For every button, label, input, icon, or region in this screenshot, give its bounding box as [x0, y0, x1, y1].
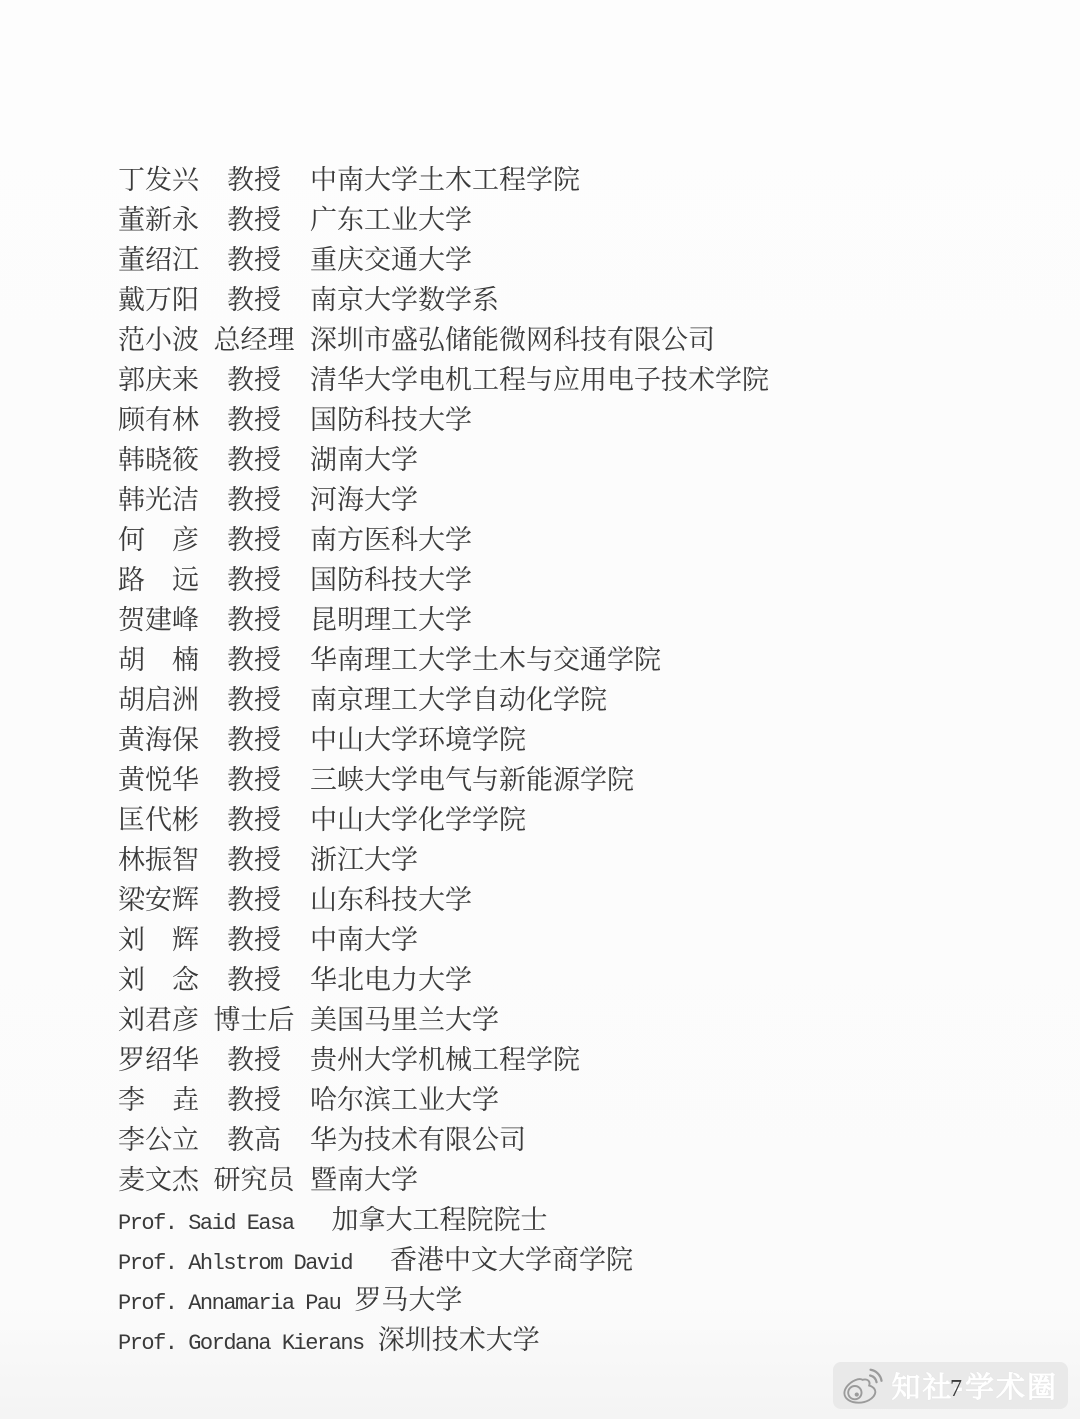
member-name: 胡启洲 [118, 680, 206, 720]
member-affiliation: 中南大学土木工程学院 [310, 160, 580, 200]
member-title: 教授 [206, 520, 302, 560]
member-title: 教授 [206, 640, 302, 680]
member-name: 董新永 [118, 200, 206, 240]
member-name: 匡代彬 [118, 800, 206, 840]
member-row: 李 垚教授哈尔滨工业大学 [118, 1080, 1060, 1120]
member-affiliation: 中山大学环境学院 [310, 720, 526, 760]
member-name: 黄悦华 [118, 760, 206, 800]
member-name: 何 彦 [118, 520, 206, 560]
member-title: 教授 [206, 160, 302, 200]
member-affiliation: 湖南大学 [310, 440, 418, 480]
member-title: 研究员 [206, 1160, 302, 1200]
member-name: 郭庆来 [118, 360, 206, 400]
member-affiliation: 中南大学 [310, 920, 418, 960]
member-name: 路 远 [118, 560, 206, 600]
member-row: 罗绍华教授贵州大学机械工程学院 [118, 1040, 1060, 1080]
member-name: 韩光洁 [118, 480, 206, 520]
international-member-row: Prof. Ahlstrom David香港中文大学商学院 [118, 1240, 1060, 1280]
member-name: Prof. Said Easa [118, 1204, 294, 1244]
member-row: 黄悦华教授三峡大学电气与新能源学院 [118, 760, 1060, 800]
member-affiliation: 香港中文大学商学院 [390, 1240, 633, 1280]
member-row: 顾有林教授国防科技大学 [118, 400, 1060, 440]
member-row: 贺建峰教授昆明理工大学 [118, 600, 1060, 640]
member-row: 韩光洁教授河海大学 [118, 480, 1060, 520]
member-affiliation: 华北电力大学 [310, 960, 472, 1000]
member-title: 教授 [206, 240, 302, 280]
member-title: 教授 [206, 960, 302, 1000]
member-title: 教授 [206, 880, 302, 920]
international-member-row: Prof. Gordana Kierans深圳技术大学 [118, 1320, 1060, 1360]
member-row: 戴万阳教授南京大学数学系 [118, 280, 1060, 320]
member-title: 教授 [206, 200, 302, 240]
member-affiliation: 南方医科大学 [310, 520, 472, 560]
member-name: 戴万阳 [118, 280, 206, 320]
member-affiliation: 深圳技术大学 [378, 1320, 540, 1360]
member-affiliation: 河海大学 [310, 480, 418, 520]
member-title: 教授 [206, 360, 302, 400]
member-title: 教授 [206, 400, 302, 440]
member-title: 总经理 [206, 320, 302, 360]
international-member-row: Prof. Annamaria Pau罗马大学 [118, 1280, 1060, 1320]
member-name: 刘 辉 [118, 920, 206, 960]
member-affiliation: 暨南大学 [310, 1160, 418, 1200]
member-row: 梁安辉教授山东科技大学 [118, 880, 1060, 920]
member-name: 林振智 [118, 840, 206, 880]
member-name: 范小波 [118, 320, 206, 360]
member-title: 教授 [206, 680, 302, 720]
member-affiliation: 美国马里兰大学 [310, 1000, 499, 1040]
member-row: 刘 念教授华北电力大学 [118, 960, 1060, 1000]
member-row: 黄海保教授中山大学环境学院 [118, 720, 1060, 760]
member-name: 李 垚 [118, 1080, 206, 1120]
member-title: 教授 [206, 800, 302, 840]
member-title: 教授 [206, 560, 302, 600]
member-affiliation: 南京理工大学自动化学院 [310, 680, 607, 720]
member-affiliation: 加拿大工程院院士 [332, 1200, 548, 1240]
international-member-row: Prof. Said Easa加拿大工程院院士 [118, 1200, 1060, 1240]
member-name: Prof. Gordana Kierans [118, 1324, 364, 1364]
member-name: 董绍江 [118, 240, 206, 280]
member-name: 李公立 [118, 1120, 206, 1160]
member-affiliation: 广东工业大学 [310, 200, 472, 240]
member-name: 梁安辉 [118, 880, 206, 920]
member-name: 丁发兴 [118, 160, 206, 200]
member-title: 教授 [206, 600, 302, 640]
expert-roster-list: 丁发兴教授中南大学土木工程学院 董新永教授广东工业大学 董绍江教授重庆交通大学 … [118, 160, 1060, 1360]
member-affiliation: 深圳市盛弘储能微网科技有限公司 [310, 320, 715, 360]
member-affiliation: 罗马大学 [354, 1280, 462, 1320]
member-row: 丁发兴教授中南大学土木工程学院 [118, 160, 1060, 200]
member-affiliation: 中山大学化学学院 [310, 800, 526, 840]
member-row: 胡 楠教授华南理工大学土木与交通学院 [118, 640, 1060, 680]
member-affiliation: 山东科技大学 [310, 880, 472, 920]
member-affiliation: 哈尔滨工业大学 [310, 1080, 499, 1120]
member-name: 顾有林 [118, 400, 206, 440]
member-name: 麦文杰 [118, 1160, 206, 1200]
member-row: 范小波总经理深圳市盛弘储能微网科技有限公司 [118, 320, 1060, 360]
member-title: 教授 [206, 720, 302, 760]
member-name: Prof. Annamaria Pau [118, 1284, 340, 1324]
member-name: 贺建峰 [118, 600, 206, 640]
member-affiliation: 华南理工大学土木与交通学院 [310, 640, 661, 680]
member-affiliation: 国防科技大学 [310, 400, 472, 440]
document-page: 丁发兴教授中南大学土木工程学院 董新永教授广东工业大学 董绍江教授重庆交通大学 … [0, 0, 1080, 1419]
member-row: 董绍江教授重庆交通大学 [118, 240, 1060, 280]
member-row: 胡启洲教授南京理工大学自动化学院 [118, 680, 1060, 720]
member-title: 教授 [206, 440, 302, 480]
member-affiliation: 国防科技大学 [310, 560, 472, 600]
member-row: 郭庆来教授清华大学电机工程与应用电子技术学院 [118, 360, 1060, 400]
member-row: 李公立教高华为技术有限公司 [118, 1120, 1060, 1160]
member-title: 教授 [206, 840, 302, 880]
member-row: 刘君彦博士后美国马里兰大学 [118, 1000, 1060, 1040]
member-row: 何 彦教授南方医科大学 [118, 520, 1060, 560]
member-title: 教授 [206, 480, 302, 520]
member-title: 教授 [206, 920, 302, 960]
member-name: 刘君彦 [118, 1000, 206, 1040]
member-row: 韩晓筱教授湖南大学 [118, 440, 1060, 480]
member-affiliation: 南京大学数学系 [310, 280, 499, 320]
member-title: 教授 [206, 280, 302, 320]
member-title: 教授 [206, 1080, 302, 1120]
member-row: 刘 辉教授中南大学 [118, 920, 1060, 960]
member-row: 董新永教授广东工业大学 [118, 200, 1060, 240]
member-row: 林振智教授浙江大学 [118, 840, 1060, 880]
member-row: 匡代彬教授中山大学化学学院 [118, 800, 1060, 840]
member-title: 教授 [206, 760, 302, 800]
member-affiliation: 重庆交通大学 [310, 240, 472, 280]
member-name: 韩晓筱 [118, 440, 206, 480]
member-title: 教高 [206, 1120, 302, 1160]
member-affiliation: 昆明理工大学 [310, 600, 472, 640]
page-number: 7 [950, 1376, 962, 1403]
member-row: 路 远教授国防科技大学 [118, 560, 1060, 600]
member-row: 麦文杰研究员暨南大学 [118, 1160, 1060, 1200]
watermark-text: 知社-学术圈 [891, 1365, 1058, 1406]
member-name: Prof. Ahlstrom David [118, 1244, 352, 1284]
member-affiliation: 浙江大学 [310, 840, 418, 880]
member-name: 罗绍华 [118, 1040, 206, 1080]
member-affiliation: 贵州大学机械工程学院 [310, 1040, 580, 1080]
member-name: 胡 楠 [118, 640, 206, 680]
weibo-icon [839, 1366, 885, 1406]
member-title: 教授 [206, 1040, 302, 1080]
member-affiliation: 清华大学电机工程与应用电子技术学院 [310, 360, 769, 400]
member-name: 刘 念 [118, 960, 206, 1000]
member-name: 黄海保 [118, 720, 206, 760]
member-affiliation: 华为技术有限公司 [310, 1120, 526, 1160]
member-affiliation: 三峡大学电气与新能源学院 [310, 760, 634, 800]
member-title: 博士后 [206, 1000, 302, 1040]
